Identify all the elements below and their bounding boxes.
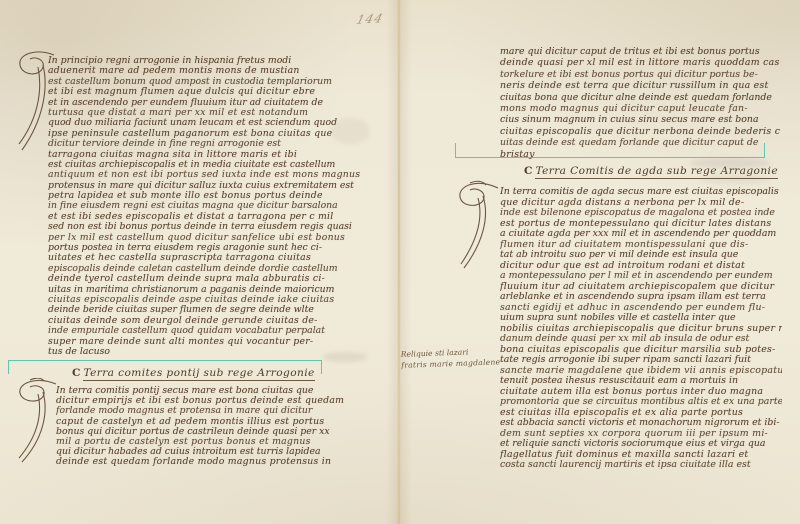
manuscript-text-line: que dicitur agda distans a nerbona per l… <box>500 198 782 209</box>
manuscript-text-line: ipse peninsule castellum paganorum est b… <box>48 129 360 139</box>
manuscript-text-line: est ciuitas archiepiscopalis et in media… <box>48 160 360 170</box>
section-heading-right: CTerra Comitis de agda sub rege Arragoni… <box>524 165 778 177</box>
manuscript-text-line: flumen itur ad ciuitatem montispessulani… <box>500 240 782 251</box>
manuscript-text-line: qui dicitur habades ad cuius introitum e… <box>56 447 360 457</box>
manuscript-text-line: fratris marie magdalene <box>401 356 507 371</box>
right-page-paragraph-2: In terra comitis de agda secus mare est … <box>500 187 782 471</box>
manuscript-text-line: uium supra sunt nobiles ville et castell… <box>500 313 782 324</box>
manuscript-text-line: fluuium itur ad ciuitatem archiepiscopal… <box>500 282 782 293</box>
page-number: 144 <box>355 11 385 27</box>
manuscript-spread: 144 In principio regni arrogonie in hisp… <box>0 0 800 524</box>
manuscript-text-line: est abbacia sancti victoris et monachoru… <box>500 418 782 429</box>
manuscript-text-line: bonus qui dicitur portus de castrileun d… <box>56 427 360 437</box>
manuscript-text-line: bona ciuitas episcopalis que dicitur mar… <box>500 345 782 356</box>
manuscript-text-line: aduenerit mare ad pedem montis mons de m… <box>48 66 360 76</box>
capitulum-mark-icon: C <box>72 367 80 379</box>
gutter-fold-line <box>398 0 400 524</box>
manuscript-text-line: tenuit postea ihesus resuscitauit eam a … <box>500 376 782 387</box>
manuscript-text-line: flagellatus fuit dominus et maxilla sanc… <box>500 450 782 461</box>
manuscript-text-line: portus postea in terra eiusdem regis ara… <box>48 243 360 253</box>
section-heading-left-text: Terra comites pontij sub rege Arrogonie <box>83 367 314 381</box>
manuscript-text-line: In terra comitis pontij secus mare est b… <box>56 386 360 396</box>
manuscript-text-line: sancte marie magdalene que ibidem vii an… <box>500 366 782 377</box>
manuscript-text-line: a montepessulano per l mil et in ascende… <box>500 271 782 282</box>
manuscript-text-line: deinde beride ciuitas super flumen de se… <box>48 305 360 315</box>
pen-flourish-initial-icon <box>450 180 500 272</box>
section-heading-right-text: Terra Comitis de agda sub rege Arragonie <box>535 165 778 179</box>
manuscript-text-line: sed non est ibi bonus portus deinde in t… <box>48 222 360 232</box>
manuscript-text-line: In terra comitis de agda secus mare est … <box>500 187 782 198</box>
manuscript-text-line: tat ab introitu suo per vi mil deinde es… <box>500 250 782 261</box>
manuscript-text-line: neris deinde est terra que dicitur russi… <box>500 80 780 91</box>
manuscript-text-line: in fine eiusdem regni est ciuitas magna … <box>48 201 360 211</box>
manuscript-text-line: costa sancti laurencij martiris et ipsa … <box>500 460 782 471</box>
manuscript-text-line: caput de castelyn et ad pedem montis ill… <box>56 417 360 427</box>
manuscript-text-line: In principio regni arrogonie in hispania… <box>48 56 360 66</box>
manuscript-text-line: quod duo miliaria faciunt unam leucam et… <box>48 118 360 128</box>
manuscript-text-line: uitas in maritima christianorum a pagani… <box>48 285 360 295</box>
manuscript-text-line: danum deinde quasi per xx mil ab insula … <box>500 334 782 345</box>
left-page-paragraph-1: In principio regni arrogonie in hispania… <box>48 56 360 357</box>
manuscript-text-line: super mare deinde sunt alti montes qui v… <box>48 337 360 347</box>
manuscript-text-line: forlande modo magnus et protensa in mare… <box>56 406 360 416</box>
manuscript-text-line: antiquum et non est ibi portus sed iuxta… <box>48 170 360 180</box>
manuscript-text-line: arleblanke et in ascendendo supra ipsam … <box>500 292 782 303</box>
manuscript-text-line: protensus in mare qui dicitur salluz iux… <box>48 181 360 191</box>
manuscript-text-line: et ibi est magnum flumen aque dulcis qui… <box>48 87 360 97</box>
manuscript-text-line: ciuitas episcopalis que dicitur nerbona … <box>500 126 780 137</box>
manuscript-text-line: ciuitas deinde som deurgol deinde gerund… <box>48 316 360 326</box>
left-page-paragraph-2: In terra comitis pontij secus mare est b… <box>56 386 360 468</box>
manuscript-text-line: torkelure et ibi est bonus portus qui di… <box>500 69 780 80</box>
manuscript-text-line: mons modo magnus qui dicitur caput leuca… <box>500 103 780 114</box>
manuscript-text-line: mil a portu de castelyn est portus bonus… <box>56 437 360 447</box>
manuscript-text-line: deinde est quedam forlande modo magnus p… <box>56 457 360 467</box>
manuscript-text-line: inde est bilenone episcopatus de magalon… <box>500 208 782 219</box>
manuscript-text-line: dicitur terviore deinde in fine regni ar… <box>48 139 360 149</box>
manuscript-text-line: ciuitas bona que dicitur alne deinde est… <box>500 92 780 103</box>
manuscript-text-line: nobilis ciuitas archiepiscopalis que dic… <box>500 324 782 335</box>
teal-bracket-marker-right <box>455 143 765 158</box>
manuscript-text-line: turtusa que distat a mari per xx mil et … <box>48 108 360 118</box>
manuscript-text-line: est portus de montepessulano qui dicitur… <box>500 219 782 230</box>
manuscript-text-line: a ciuitate agda per xxx mil et in ascend… <box>500 229 782 240</box>
manuscript-text-line: tus de lacuso <box>48 347 360 357</box>
manuscript-text-line: tarragona ciuitas magna sita in littore … <box>48 150 360 160</box>
section-heading-left: CTerra comites pontij sub rege Arrogonie <box>72 367 315 379</box>
manuscript-text-line: ciuitate autem illa est bonus portus int… <box>500 387 782 398</box>
manuscript-text-line: dem sunt septies xx corpora quorum iii p… <box>500 429 782 440</box>
manuscript-text-line: deinde quasi per xl mil est in littore m… <box>500 57 780 68</box>
manuscript-text-line: tate regis arrogonie ibi super ripam san… <box>500 355 782 366</box>
manuscript-text-line: sancti egidij et adhuc in ascendendo per… <box>500 303 782 314</box>
manuscript-text-line: dicitur odur que est ad introitum rodani… <box>500 261 782 272</box>
manuscript-text-line: deinde tyerol castellum deinde supra mal… <box>48 274 360 284</box>
manuscript-text-line: uitates et hec castella suprascripta tar… <box>48 253 360 263</box>
manuscript-text-line: per lx mil est castellum quod dicitur sa… <box>48 233 360 243</box>
manuscript-text-line: est ciuitas illa episcopalis et ex alia … <box>500 408 782 419</box>
manuscript-text-line: petra lapidea et sub monte illo est bonu… <box>48 191 360 201</box>
manuscript-text-line: est castellum bonum quod ampost in custo… <box>48 77 360 87</box>
manuscript-text-line: episcopalis deinde caletan castellum dei… <box>48 264 360 274</box>
pen-flourish-initial-icon <box>12 378 58 466</box>
manuscript-text-line: mare qui dicitur caput de tritus et ibi … <box>500 46 780 57</box>
manuscript-text-line: ciuitas episcopalis deinde aspe ciuitas … <box>48 295 360 305</box>
manuscript-text-line: inde empuriale castellum quod quidam voc… <box>48 326 360 336</box>
capitulum-mark-icon: C <box>524 165 532 177</box>
margin-note-relics: Reliquie sti lazarifratris marie magdale… <box>401 345 508 371</box>
manuscript-text-line: et in ascendendo per eundem fluuium itur… <box>48 98 360 108</box>
manuscript-text-line: promontoria que se circuitus montibus al… <box>500 397 782 408</box>
manuscript-text-line: dicitur empirijs et ibi est bonus portus… <box>56 396 360 406</box>
manuscript-text-line: et est ibi sedes episcopalis et distat a… <box>48 212 360 222</box>
manuscript-text-line: cius sinum magnum in cuius sinu secus ma… <box>500 114 780 125</box>
manuscript-text-line: et reliquie sancti victoris sociorumque … <box>500 439 782 450</box>
